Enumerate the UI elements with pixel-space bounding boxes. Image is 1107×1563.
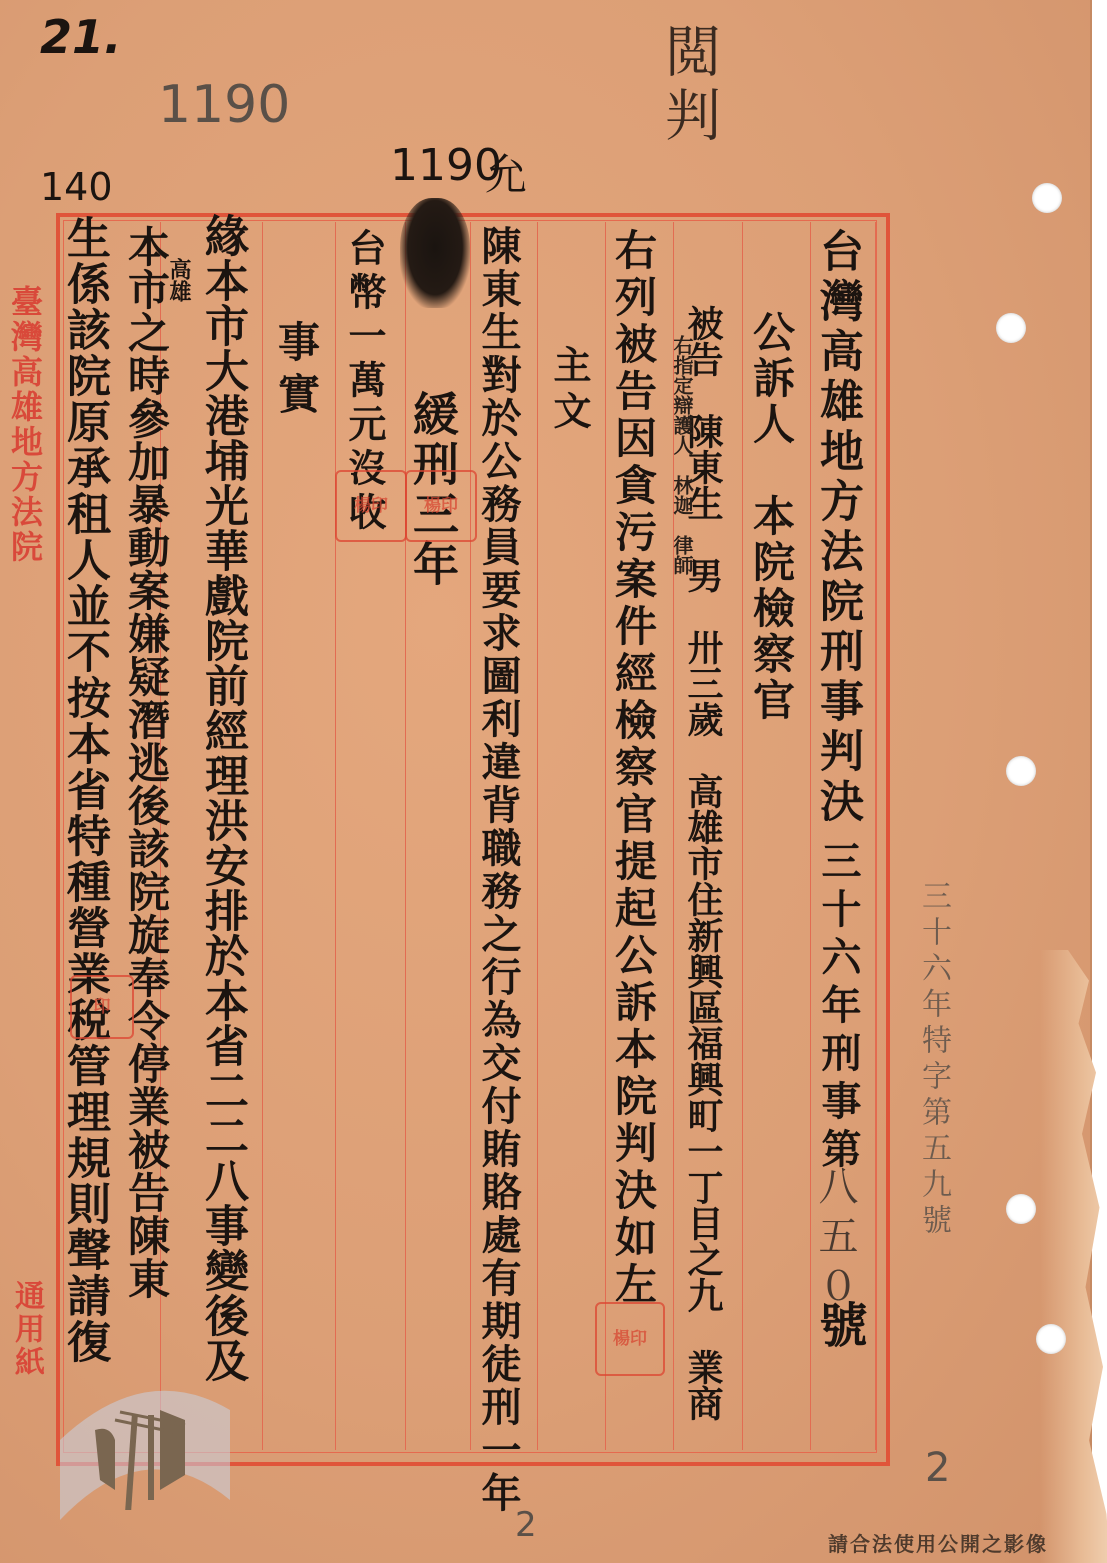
- pencil-file-number: 1190: [158, 75, 290, 135]
- column-rule: [875, 222, 876, 1450]
- punch-hole: [1032, 183, 1062, 213]
- facts-line-2: 本市之時參加暴動案嫌疑潛逃後該院旋奉令停業被告陳東: [125, 225, 167, 1300]
- column-rule: [335, 222, 336, 1450]
- verdict-line-1: 陳東生對於公務員要求圖利違背職務之行為交付賄賂處有期徒刑一年: [478, 225, 518, 1515]
- ink-mark-center: 允: [485, 142, 527, 202]
- case-number-label: 三十六年刑事第: [818, 840, 858, 1176]
- case-number-suffix: 號: [815, 1300, 863, 1354]
- main-text-heading: 主文: [550, 345, 588, 437]
- archive-logo-icon: [60, 1370, 230, 1520]
- ink-blot: [400, 198, 470, 308]
- facts-line-3: 生係該院原承租人並不按本省特種營業稅管理規則聲請復: [62, 215, 106, 1365]
- page-number: 21.: [40, 10, 122, 64]
- court-name-stamp: 臺灣高雄地方法院: [2, 285, 48, 565]
- ink-number-left: 140: [40, 165, 113, 209]
- column-rule: [537, 222, 538, 1450]
- personal-seal: 印: [70, 975, 134, 1039]
- pencil-page-mark-right: 2: [925, 1445, 950, 1491]
- seal-text: 楊印: [424, 496, 458, 516]
- judgment-title: 台灣高雄地方法院刑事判決: [815, 228, 859, 828]
- paper-type-stamp: 通用紙: [4, 1280, 48, 1379]
- reviewed-note: 閲判: [660, 22, 716, 150]
- punch-hole: [1006, 756, 1036, 786]
- pencil-margin-case-number: 三十六年特字第五九號: [918, 880, 948, 1240]
- preamble-line: 右列被告因貪污案件經檢察官提起公訴本院判決如左: [612, 228, 654, 1309]
- facts-insert: 高雄: [168, 258, 190, 302]
- punch-hole: [1036, 1324, 1066, 1354]
- seal-text: 楊印: [354, 496, 388, 516]
- case-number-value: 八五０: [815, 1165, 855, 1315]
- usage-notice-watermark: 請合法使用公開之影像: [828, 1528, 1048, 1557]
- column-rule: [810, 222, 811, 1450]
- personal-seal: 楊印: [405, 470, 477, 542]
- personal-seal: 楊印: [335, 470, 407, 542]
- defense-counsel-line: 右指定辯護人 林迦 律師: [672, 335, 692, 575]
- torn-paper-edge: [1040, 950, 1107, 1563]
- seal-text: 印: [94, 997, 111, 1017]
- facts-line-1: 緣本市大港埔光華戲院前經理洪安排於本省二二八事變後及: [200, 213, 244, 1383]
- pencil-page-mark-center: 2: [515, 1505, 537, 1545]
- punch-hole: [996, 313, 1026, 343]
- punch-hole: [1006, 1194, 1036, 1224]
- personal-seal: 楊印: [595, 1302, 665, 1376]
- column-rule: [470, 222, 471, 1450]
- prosecutor-line: 公訴人 本院檢察官: [750, 310, 792, 724]
- column-rule: [742, 222, 743, 1450]
- facts-heading: 事實: [275, 320, 317, 424]
- column-rule: [605, 222, 606, 1450]
- column-rule: [262, 222, 263, 1450]
- seal-text: 楊印: [613, 1329, 647, 1349]
